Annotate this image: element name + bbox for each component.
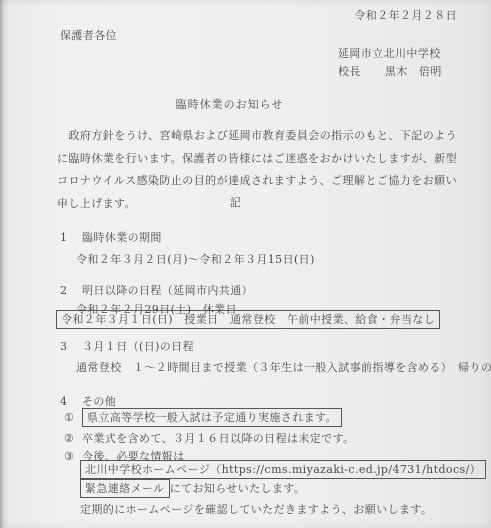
scanned-notice-page: 令和２年２月２８日 保護者各位 延岡市立北川中学校 校長黒木 倍明 臨時休業のお… [0, 0, 491, 528]
document-title: 臨時休業のお知らせ [0, 96, 475, 112]
section2-number: 2 [60, 284, 82, 297]
section4-item1-row: ①県立高等学校一般入試は予定通り実施されます。 [64, 408, 342, 427]
emergency-mail-row: 緊急連絡メールにてお知らせいたします。 [80, 479, 305, 498]
emergency-mail-boxed-text: 緊急連絡メール [80, 479, 170, 498]
section3-line1: 通常登校 １～２時間目まで授業（３年生は一般入試事前指導を含める） 帰りの会 [76, 359, 491, 375]
section4-item2-row: ②卒業式を含めて、３月１６日以降の日程は未定です。 [64, 430, 355, 446]
section2-heading: 明日以降の日程（延岡市内共通） [82, 284, 253, 297]
section2-boxed-row: 令和２年３月１日(日) 授業日 通常登校 午前中授業、給食・弁当なし [56, 310, 440, 329]
section4-number: 4 [60, 395, 82, 408]
section1-number: 1 [60, 231, 82, 244]
section1-heading-row: 1臨時休業の期間 [60, 229, 162, 245]
closing-line: 定期的にホームページを確認していただきますよう、お願いします。 [80, 501, 432, 517]
principal-name: 黒木 倍明 [385, 65, 442, 78]
section3-number: 3 [60, 340, 82, 353]
principal-line: 校長黒木 倍明 [338, 63, 442, 79]
item1-number: ① [64, 411, 82, 424]
section3-heading: ３月１日（(日)の日程 [82, 340, 194, 353]
document-title-text: 臨時休業のお知らせ [176, 98, 284, 111]
section2-heading-row: 2明日以降の日程（延岡市内共通） [60, 282, 253, 298]
section2-boxed-schedule: 令和２年３月１日(日) 授業日 通常登校 午前中授業、給食・弁当なし [56, 310, 440, 329]
section4-heading-row: 4その他 [60, 393, 116, 409]
section1-heading: 臨時休業の期間 [82, 231, 162, 244]
addressee: 保護者各位 [60, 27, 117, 43]
section4-heading: その他 [82, 395, 116, 408]
principal-title: 校長 [338, 65, 361, 78]
homepage-boxed-text: 北川中学校ホームページ（https://cms.miyazaki-c.ed.jp… [80, 460, 486, 479]
section1-period: 令和２年３月２日(月)～令和２年３月15日(日) [76, 251, 315, 267]
item2-text: 卒業式を含めて、３月１６日以降の日程は未定です。 [82, 432, 355, 445]
record-mark: 記 [0, 194, 481, 210]
document-date: 令和２年２月２８日 [354, 7, 457, 23]
item1-boxed-text: 県立高等学校一般入試は予定通り実施されます。 [82, 408, 342, 427]
school-name: 延岡市立北川中学校 [338, 45, 441, 61]
emergency-mail-suffix: にてお知らせいたします。 [170, 482, 306, 495]
section3-heading-row: 3３月１日（(日)の日程 [60, 338, 194, 354]
item2-number: ② [64, 432, 82, 445]
homepage-row: 北川中学校ホームページ（https://cms.miyazaki-c.ed.jp… [80, 460, 491, 479]
